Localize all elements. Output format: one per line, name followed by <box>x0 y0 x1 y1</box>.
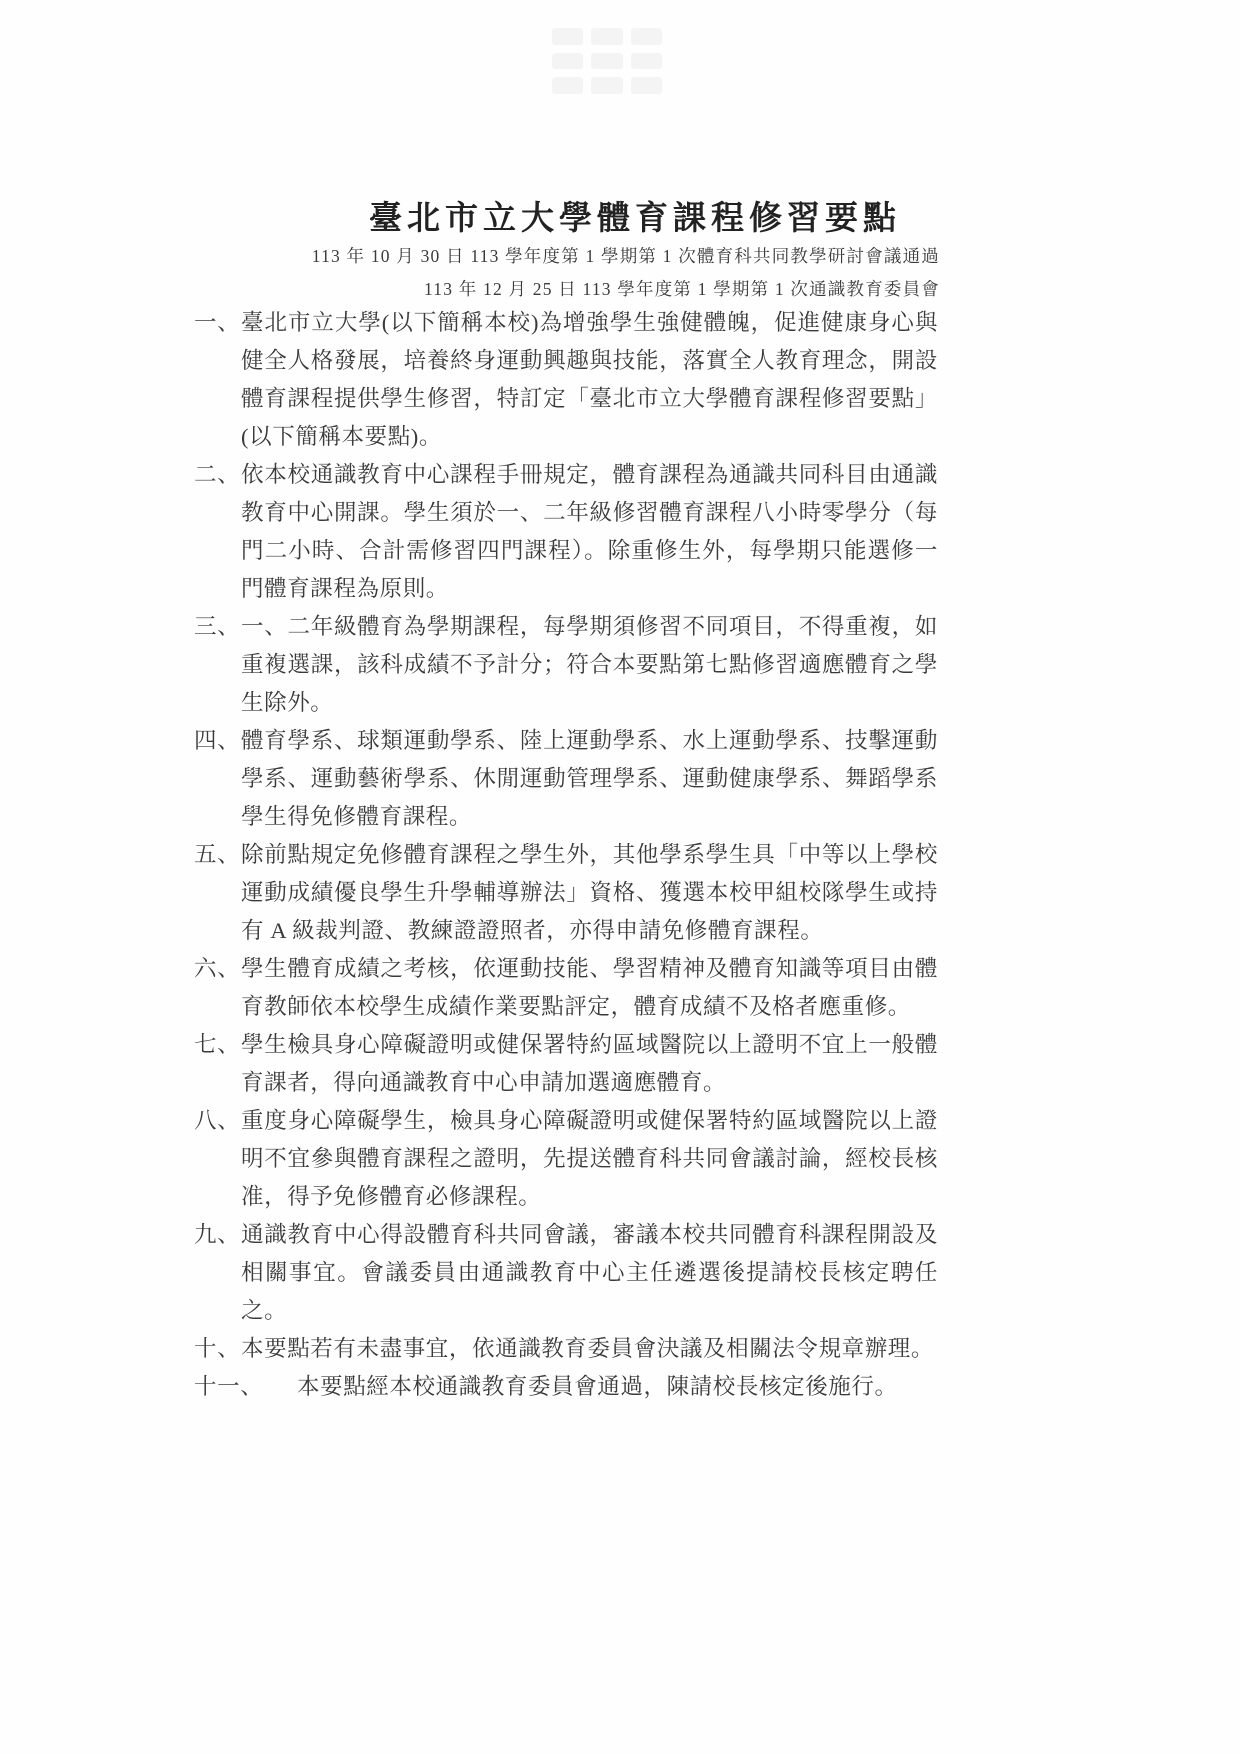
rule-item-4-text: 體育學系、球類運動學系、陸上運動學系、水上運動學系、技擊運動學系、運動藝術學系、… <box>241 728 938 829</box>
scanned-document-page: 臺北市立大學體育課程修習要點 113 年 10 月 30 日 113 學年度第 … <box>0 0 1240 1754</box>
rule-item-6: 六、 學生體育成績之考核，依運動技能、學習精神及體育知識等項目由體育教師依本校學… <box>194 950 938 1026</box>
rule-item-10: 十、 本要點若有未盡事宜，依通識教育委員會決議及相關法令規章辦理。 <box>194 1330 938 1368</box>
rule-item-9-text: 通識教育中心得設體育科共同會議，審議本校共同體育科課程開設及相關事宜。會議委員由… <box>241 1222 938 1323</box>
rule-item-9: 九、 通識教育中心得設體育科共同會議，審議本校共同體育科課程開設及相關事宜。會議… <box>194 1216 938 1330</box>
rule-item-1: 一、 臺北市立大學(以下簡稱本校)為增強學生強健體魄，促進健康身心與健全人格發展… <box>194 304 938 456</box>
rule-item-6-number: 六、 <box>194 950 240 988</box>
rule-item-10-text: 本要點若有未盡事宜，依通識教育委員會決議及相關法令規章辦理。 <box>241 1336 934 1361</box>
rule-item-11-text: 本要點經本校通識教育委員會通過，陳請校長核定後施行。 <box>297 1374 898 1399</box>
approval-line-1: 113 年 10 月 30 日 113 學年度第 1 學期第 1 次體育科共同教… <box>312 240 940 273</box>
rule-item-1-text: 臺北市立大學(以下簡稱本校)為增強學生強健體魄，促進健康身心與健全人格發展，培養… <box>241 310 938 449</box>
rule-item-5-number: 五、 <box>194 836 240 874</box>
rule-item-7-text: 學生檢具身心障礙證明或健保署特約區域醫院以上證明不宜上一般體育課者，得向通識教育… <box>241 1032 938 1095</box>
rule-item-3-number: 三、 <box>194 608 240 646</box>
rule-item-5-text: 除前點規定免修體育課程之學生外，其他學系學生具「中等以上學校運動成績優良學生升學… <box>241 842 938 943</box>
rule-item-4: 四、 體育學系、球類運動學系、陸上運動學系、水上運動學系、技擊運動學系、運動藝術… <box>194 722 938 836</box>
rule-item-2: 二、 依本校通識教育中心課程手冊規定，體育課程為通識共同科目由通識教育中心開課。… <box>194 456 938 608</box>
scan-smudge-marks <box>552 28 662 94</box>
rule-item-8: 八、 重度身心障礙學生，檢具身心障礙證明或健保署特約區域醫院以上證明不宜參與體育… <box>194 1102 938 1216</box>
document-title: 臺北市立大學體育課程修習要點 <box>0 192 1240 239</box>
rule-item-6-text: 學生體育成績之考核，依運動技能、學習精神及體育知識等項目由體育教師依本校學生成績… <box>241 956 938 1019</box>
rule-item-7: 七、 學生檢具身心障礙證明或健保署特約區域醫院以上證明不宜上一般體育課者，得向通… <box>194 1026 938 1102</box>
rule-item-8-number: 八、 <box>194 1102 240 1140</box>
rule-list: 一、 臺北市立大學(以下簡稱本校)為增強學生強健體魄，促進健康身心與健全人格發展… <box>194 304 938 1406</box>
rule-item-10-number: 十、 <box>194 1330 240 1368</box>
rule-item-5: 五、 除前點規定免修體育課程之學生外，其他學系學生具「中等以上學校運動成績優良學… <box>194 836 938 950</box>
rule-item-3-text: 一、二年級體育為學期課程，每學期須修習不同項目，不得重複，如重複選課，該科成績不… <box>241 614 938 715</box>
rule-item-4-number: 四、 <box>194 722 240 760</box>
rule-item-2-number: 二、 <box>194 456 240 494</box>
approval-history: 113 年 10 月 30 日 113 學年度第 1 學期第 1 次體育科共同教… <box>312 240 940 306</box>
rule-item-3: 三、 一、二年級體育為學期課程，每學期須修習不同項目，不得重複，如重複選課，該科… <box>194 608 938 722</box>
rule-item-7-number: 七、 <box>194 1026 240 1064</box>
rule-item-1-number: 一、 <box>194 304 240 342</box>
rule-item-2-text: 依本校通識教育中心課程手冊規定，體育課程為通識共同科目由通識教育中心開課。學生須… <box>241 462 938 601</box>
rule-item-11-number: 十一、 <box>194 1368 263 1406</box>
approval-line-2: 113 年 12 月 25 日 113 學年度第 1 學期第 1 次通識教育委員… <box>312 273 940 306</box>
rule-item-11: 十一、 本要點經本校通識教育委員會通過，陳請校長核定後施行。 <box>194 1368 938 1406</box>
rule-item-9-number: 九、 <box>194 1216 240 1254</box>
rule-item-8-text: 重度身心障礙學生，檢具身心障礙證明或健保署特約區域醫院以上證明不宜參與體育課程之… <box>241 1108 938 1209</box>
